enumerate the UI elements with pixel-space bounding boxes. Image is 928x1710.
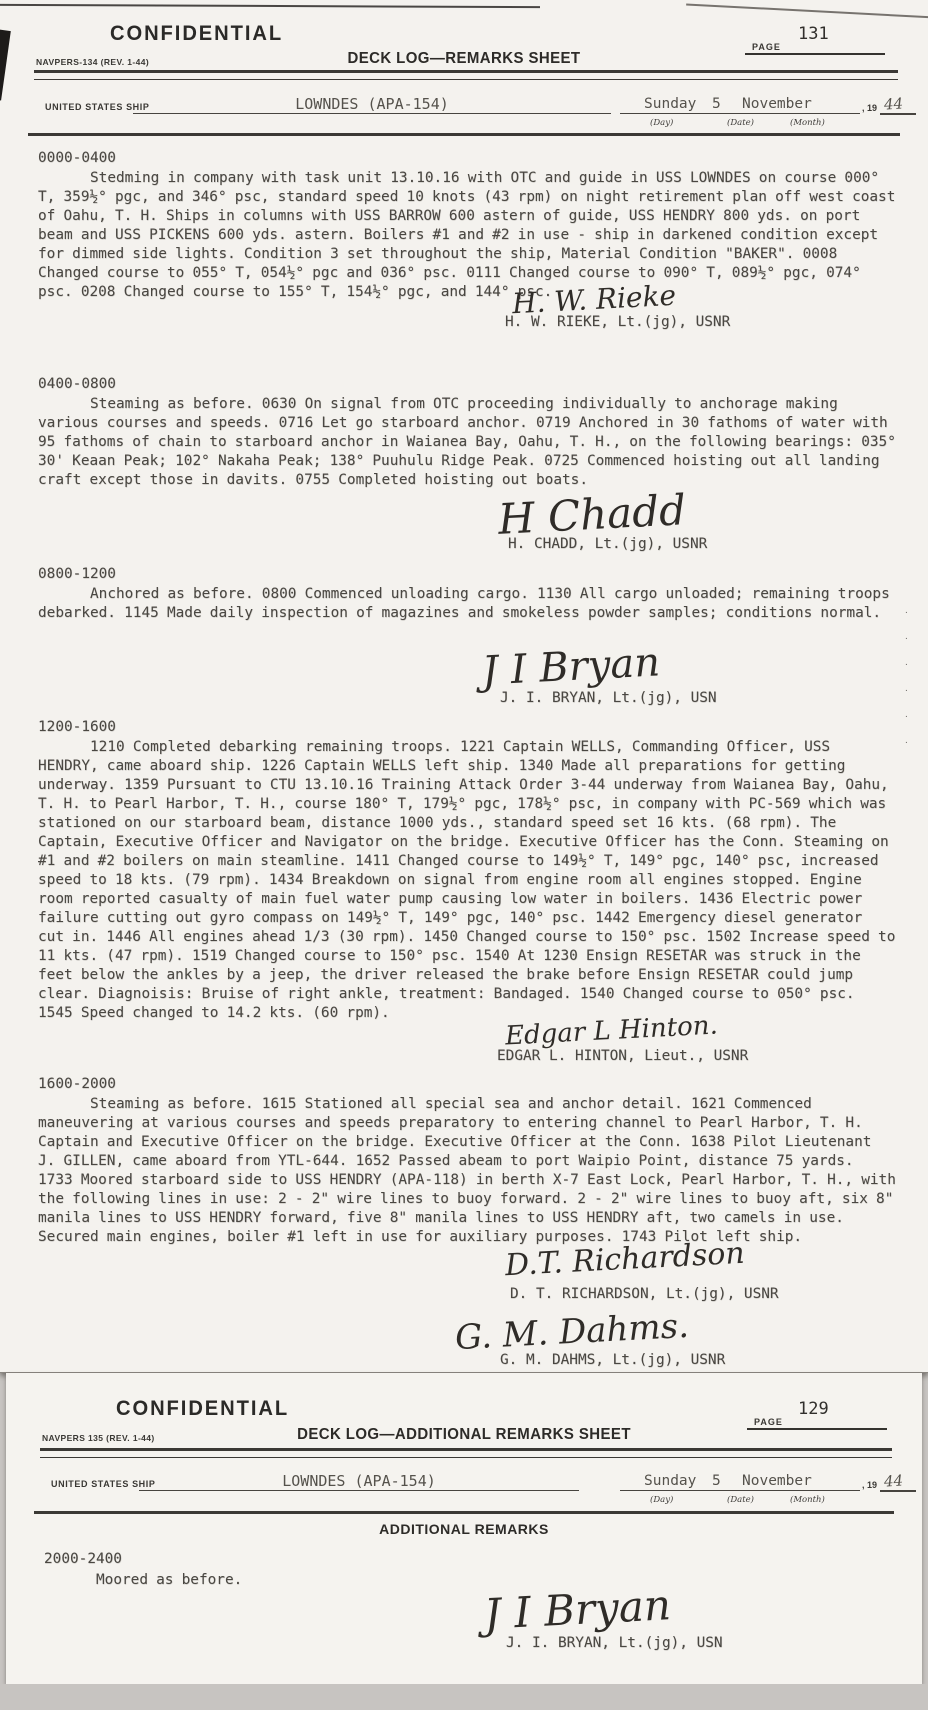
date-sublabel: (Date): [727, 118, 754, 128]
header-double-rule: [34, 70, 898, 80]
day-sublabel: (Day): [650, 1495, 673, 1505]
signature-typed: H. W. RIEKE, Lt.(jg), USNR: [505, 314, 730, 330]
log-entry-text: 1210 Completed debarking remaining troop…: [38, 738, 896, 1023]
log-entry-text: Anchored as before. 0800 Commenced unloa…: [38, 585, 896, 623]
classification-stamp: CONFIDENTIAL: [110, 22, 283, 46]
year-rule: [880, 1490, 916, 1492]
ship-name: LOWNDES (APA-154): [282, 1472, 436, 1490]
watch-period: 0800-1200: [38, 566, 116, 582]
form-title: DECK LOG—ADDITIONAL REMARKS SHEET: [6, 1426, 922, 1444]
signature-script: J I Bryan: [481, 639, 661, 694]
remarks-sheet-page: ...... CONFIDENTIAL PAGE 131 NAVPERS-134…: [0, 0, 928, 1373]
log-day: Sunday: [644, 1473, 696, 1489]
log-entry-text: Steaming as before. 1615 Stationed all s…: [38, 1095, 896, 1247]
month-sublabel: (Month): [790, 118, 825, 128]
signature-script: J I Bryan: [483, 1580, 672, 1639]
year-prefix: , 19: [862, 103, 877, 113]
signature-typed: J. I. BRYAN, Lt.(jg), USN: [506, 1635, 723, 1651]
ship-name-field: LOWNDES (APA-154): [139, 1472, 579, 1491]
day-sublabel: (Day): [650, 118, 673, 128]
watch-period: 0400-0800: [38, 376, 116, 392]
scan-dot-noise: ......: [905, 598, 909, 754]
signature-typed: H. CHADD, Lt.(jg), USNR: [508, 536, 707, 552]
ship-name: LOWNDES (APA-154): [295, 95, 449, 113]
form-title: DECK LOG—REMARKS SHEET: [0, 50, 928, 68]
date-sublabel: (Date): [727, 1495, 754, 1505]
log-year: 44: [883, 94, 903, 113]
scanned-deck-log: ...... CONFIDENTIAL PAGE 131 NAVPERS-134…: [0, 0, 928, 1710]
scan-background: [0, 1684, 928, 1710]
scan-edge-artifact: [0, 4, 540, 8]
header-thick-rule: [28, 133, 900, 136]
watch-period: 1600-2000: [38, 1076, 116, 1092]
signature-typed: G. M. DAHMS, Lt.(jg), USNR: [500, 1352, 725, 1368]
watch-period: 2000-2400: [44, 1551, 122, 1567]
additional-remarks-sheet-page: CONFIDENTIAL PAGE 129 NAVPERS 135 (REV. …: [6, 1373, 922, 1684]
month-sublabel: (Month): [790, 1495, 825, 1505]
header-thick-rule: [34, 1511, 894, 1514]
classification-stamp: CONFIDENTIAL: [116, 1397, 289, 1421]
page-number: 131: [798, 24, 829, 44]
signature-typed: D. T. RICHARDSON, Lt.(jg), USNR: [510, 1286, 779, 1302]
year-prefix: , 19: [862, 1480, 877, 1490]
ship-name-field: LOWNDES (APA-154): [133, 95, 611, 114]
page-number: 129: [798, 1399, 829, 1419]
log-entry-text: Steaming as before. 0630 On signal from …: [38, 395, 896, 490]
log-date: 5: [712, 1473, 721, 1489]
additional-remarks-title: ADDITIONAL REMARKS: [6, 1521, 922, 1537]
log-day: Sunday: [644, 96, 696, 112]
log-date: 5: [712, 96, 721, 112]
year-rule: [880, 113, 916, 115]
log-month: November: [742, 96, 812, 112]
scan-edge-artifact: [686, 3, 928, 18]
log-year: 44: [883, 1471, 903, 1490]
log-entry-text: Stedming in company with task unit 13.10…: [38, 169, 896, 302]
signature-typed: EDGAR L. HINTON, Lieut., USNR: [497, 1048, 748, 1064]
log-month: November: [742, 1473, 812, 1489]
signature-script: G. M. Dahms.: [454, 1306, 690, 1358]
watch-period: 0000-0400: [38, 150, 116, 166]
watch-period: 1200-1600: [38, 719, 116, 735]
signature-typed: J. I. BRYAN, Lt.(jg), USN: [500, 690, 717, 706]
log-entry-text: Moored as before.: [44, 1571, 890, 1590]
header-double-rule: [40, 1448, 892, 1458]
